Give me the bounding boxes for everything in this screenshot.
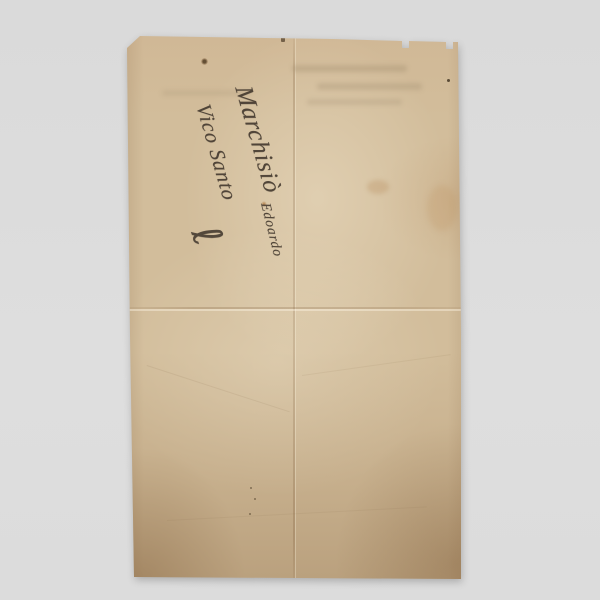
ink-spot-stain	[201, 58, 208, 65]
foxing-stain	[367, 180, 389, 194]
tiny-speck	[249, 513, 251, 515]
tiny-speck	[250, 487, 252, 489]
show-through-text-shadow	[307, 99, 402, 105]
tiny-speck	[254, 498, 256, 500]
handwritten-street: Vico Santo	[190, 102, 242, 203]
diagonal-crease	[302, 354, 451, 376]
aged-paper-sheet: Marchisiò Vico Santo Edoardo ℓ	[127, 35, 461, 580]
show-through-text-shadow	[292, 65, 407, 72]
edge-foxing-stain	[427, 185, 457, 231]
diagonal-crease	[147, 365, 290, 412]
paper-shadow-wrap: Marchisiò Vico Santo Edoardo ℓ	[0, 0, 600, 600]
photo-background: Marchisiò Vico Santo Edoardo ℓ	[0, 0, 600, 600]
handwritten-flourish-letter: ℓ	[182, 220, 231, 252]
handwritten-first-name: Edoardo	[256, 202, 285, 258]
dark-speck-stain	[447, 79, 450, 82]
horizontal-fold-highlight	[127, 309, 461, 311]
diagonal-crease	[167, 506, 427, 521]
top-edge-nick-mark	[281, 36, 285, 42]
show-through-text-shadow	[317, 83, 422, 90]
